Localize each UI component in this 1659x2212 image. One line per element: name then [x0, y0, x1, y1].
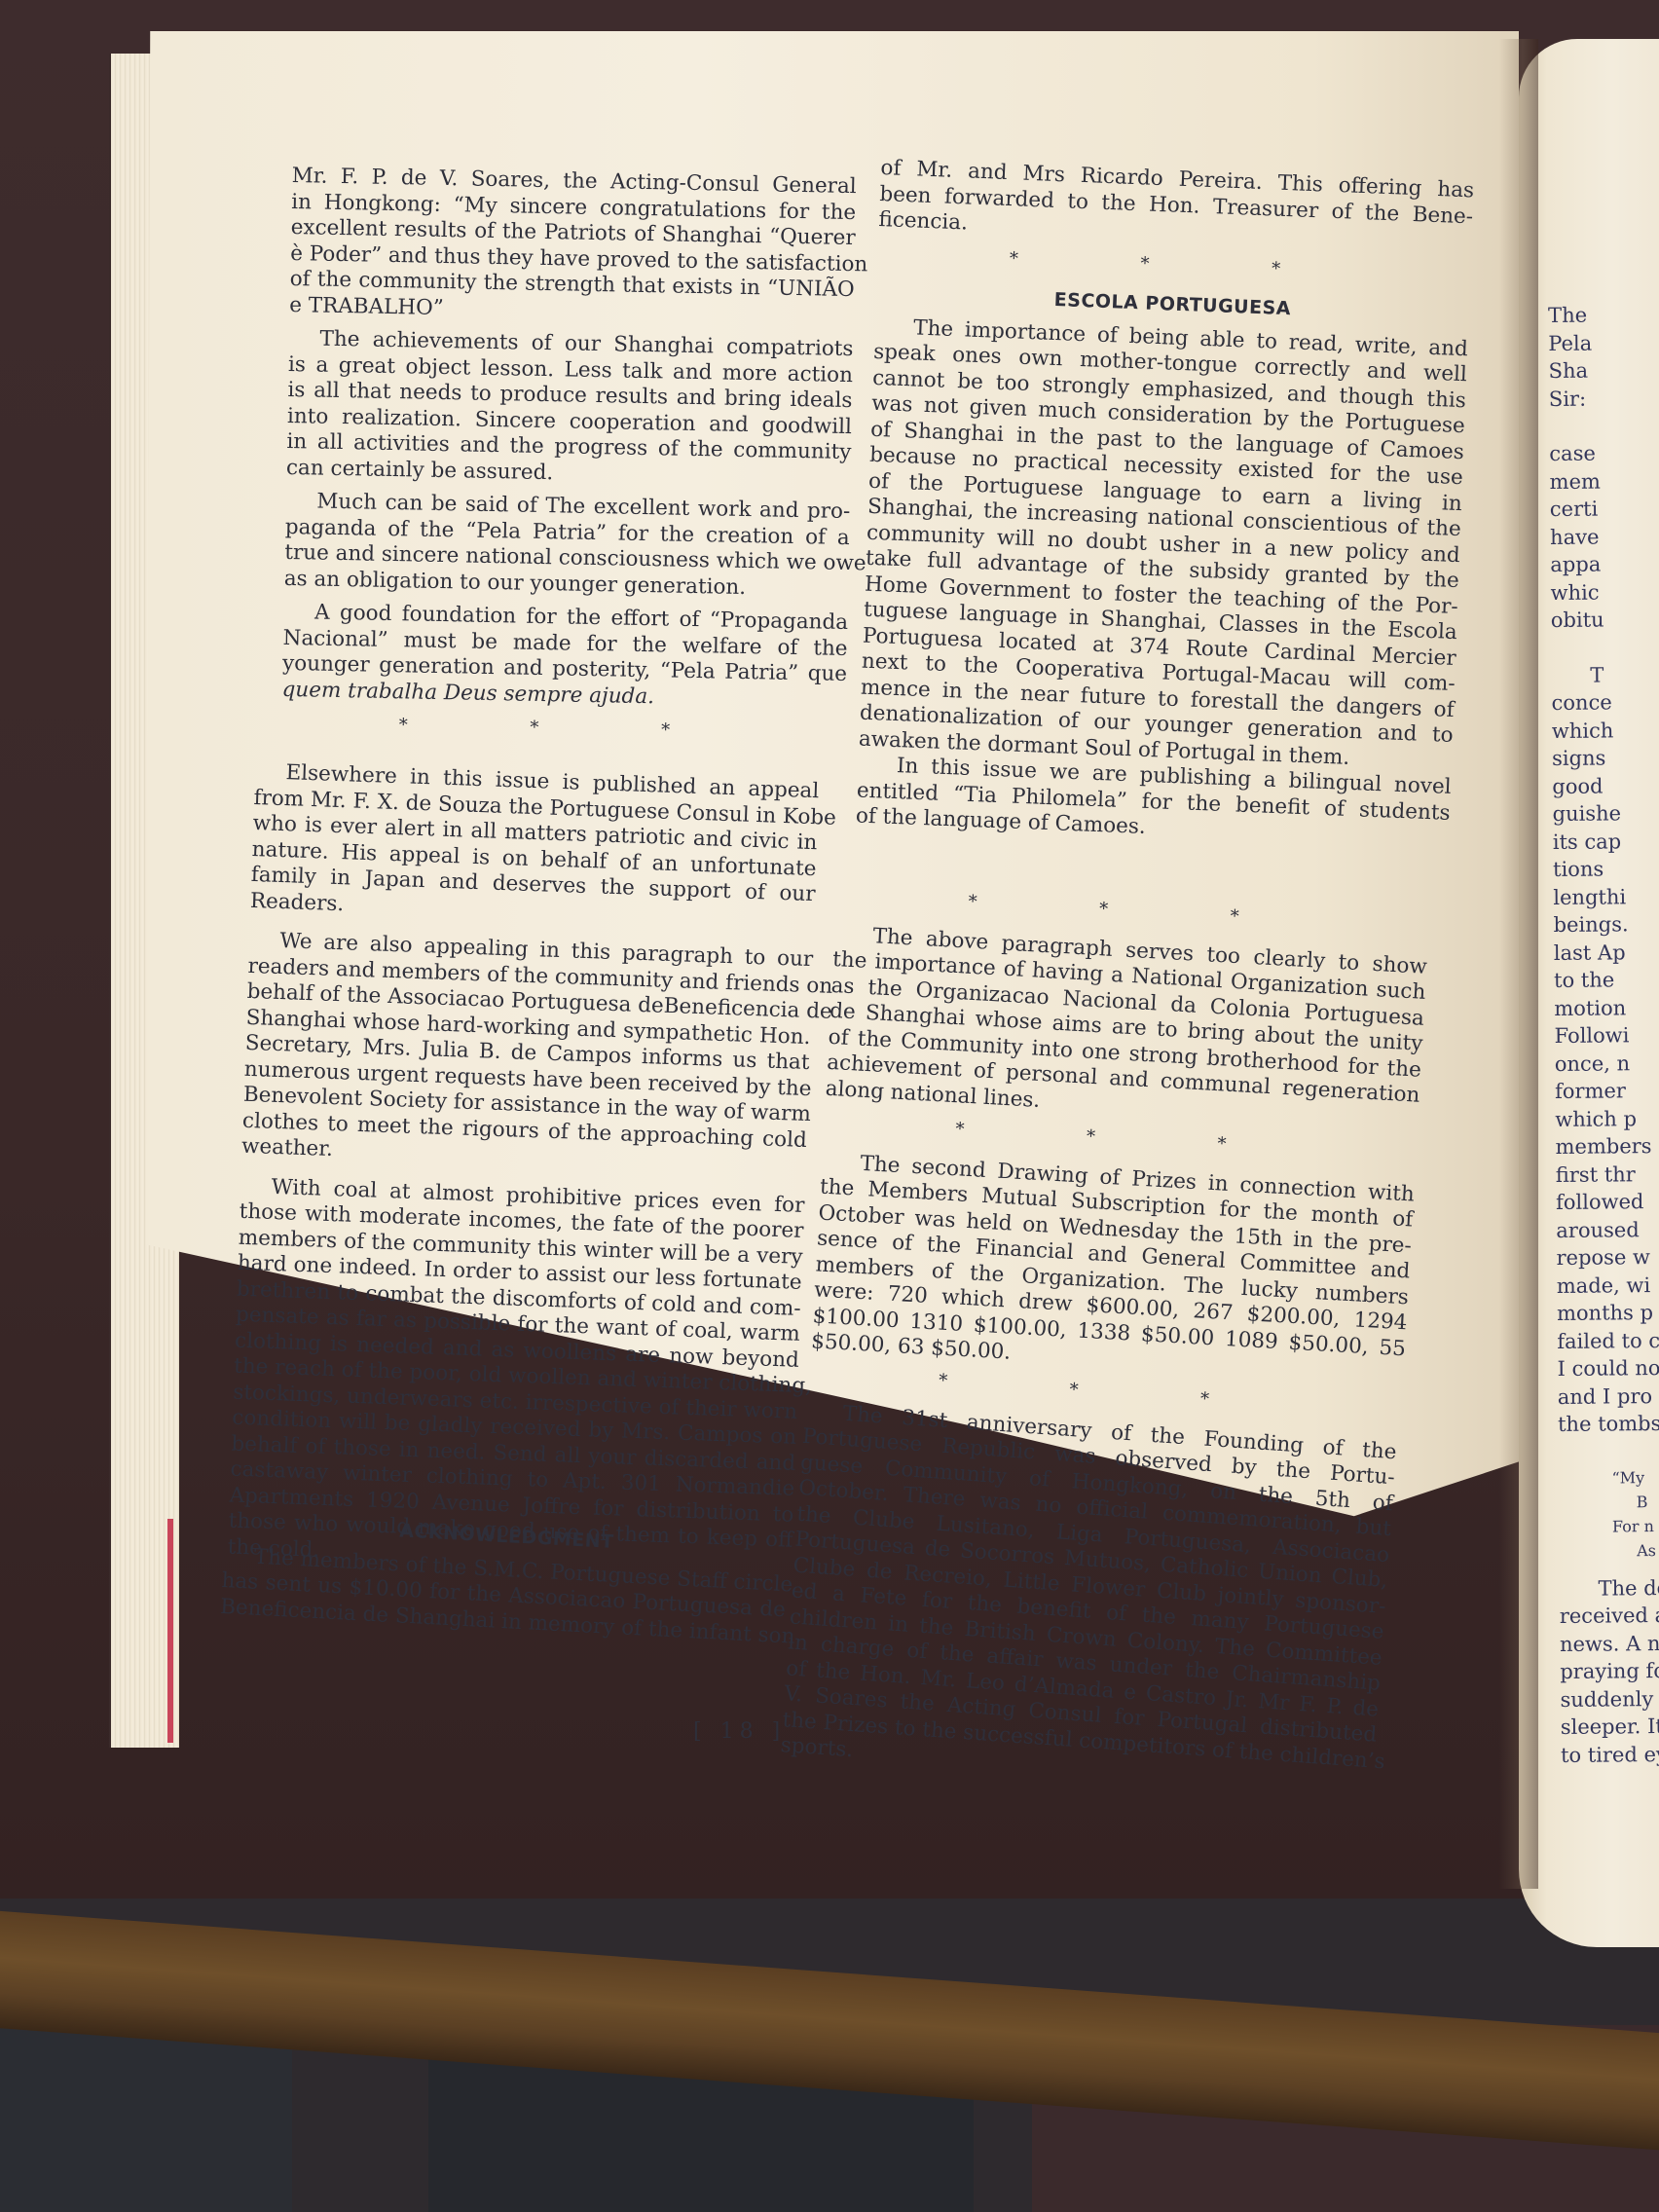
text-line: once, n	[1555, 1049, 1659, 1078]
text-line: repose w	[1556, 1243, 1659, 1272]
text-line: T	[1551, 660, 1659, 689]
left-column-upper: Mr. F. P. de V. Soares, the Acting-Consu…	[280, 164, 856, 761]
text-line: last Ap	[1554, 938, 1659, 967]
text-line: Followi	[1554, 1021, 1659, 1051]
text-line: its cap	[1553, 827, 1659, 856]
poem-line: As	[1559, 1537, 1659, 1563]
text-line: tions	[1553, 855, 1659, 884]
poem-line: “My	[1558, 1464, 1659, 1490]
text-line: the tombst	[1558, 1410, 1659, 1439]
text-line: and I pro	[1558, 1382, 1659, 1411]
text-line: conce	[1551, 688, 1659, 718]
book-edge-marker	[167, 1519, 173, 1743]
right-column-upper: of Mr. and Mrs Ricardo Pereira. This off…	[855, 156, 1474, 860]
book-gutter	[1499, 39, 1538, 1889]
text-line: guishe	[1552, 799, 1659, 829]
appeal-paragraph: Elsewhere in this issue is published an …	[249, 759, 819, 934]
text-line: to tired eyes.	[1561, 1740, 1659, 1769]
propaganda-paragraph: Much can be said of The excellent work a…	[284, 489, 851, 603]
text-line: signs	[1552, 744, 1659, 773]
text-line: members	[1555, 1132, 1659, 1161]
text-line: lengthi	[1553, 882, 1659, 911]
text-line: mem	[1549, 466, 1659, 496]
anniversary-paragraph: The 31st anniversary of the Founding of …	[780, 1398, 1397, 1800]
prizes-paragraph: The second Drawing of Prizes in connecti…	[811, 1149, 1416, 1388]
text-line: followed	[1556, 1188, 1659, 1217]
text-line: motion	[1554, 993, 1659, 1022]
text-line: first thr	[1556, 1160, 1659, 1189]
text-line: aroused	[1556, 1215, 1659, 1244]
text-line: which p	[1555, 1104, 1659, 1133]
text-line: sleeper. It w	[1561, 1713, 1659, 1742]
poem-line: B	[1559, 1489, 1659, 1514]
text-line: Sir:	[1549, 384, 1659, 413]
text-line: suddenly sta	[1560, 1684, 1659, 1714]
text-line: case	[1549, 439, 1659, 468]
text-line: failed to c	[1557, 1326, 1659, 1355]
text-line: I could no	[1557, 1354, 1659, 1383]
text-line: beings.	[1553, 910, 1659, 940]
right-column-bottom: * * * The 31st anniversary of the Foundi…	[779, 1353, 1400, 1808]
escola-paragraph: The importance of being able to read, wr…	[858, 313, 1468, 775]
text-line: received a n	[1560, 1602, 1659, 1631]
text-line: have	[1550, 522, 1659, 551]
section-separator: * * *	[281, 711, 846, 748]
text-line: certi	[1550, 495, 1659, 524]
page-number: [ 18 ]	[693, 1719, 786, 1744]
consul-quote-paragraph: Mr. F. P. de V. Soares, the Acting-Consu…	[289, 164, 857, 329]
text-line: former	[1555, 1077, 1659, 1106]
text-line: appa	[1550, 550, 1659, 579]
text-line: which	[1552, 716, 1659, 745]
text-line: praying for	[1560, 1657, 1659, 1686]
text-line: made, wi	[1557, 1271, 1659, 1300]
achievements-paragraph: The achievements of our Shanghai compatr…	[286, 326, 854, 492]
poem-line: For n	[1559, 1513, 1659, 1538]
text-line: months p	[1557, 1299, 1659, 1328]
foundation-paragraph: A good foundation for the effort of “Pro…	[281, 600, 848, 714]
left-column-middle: Elsewhere in this issue is published an …	[227, 759, 820, 1588]
text-line: The	[1548, 301, 1659, 330]
text-line: obitu	[1551, 606, 1659, 635]
text-line: Pela	[1548, 328, 1659, 357]
benevolent-paragraph: We are also appealing in this paragraph …	[241, 928, 814, 1180]
text-line: good	[1552, 771, 1659, 800]
next-page-fragment: The Pela Sha Sir: case mem certi have ap…	[1548, 301, 1659, 1769]
text-line: Sha	[1548, 356, 1659, 386]
text-line: whic	[1550, 577, 1659, 607]
right-column-middle: * * * The above paragraph serves too cle…	[810, 876, 1430, 1396]
organization-paragraph: The above paragraph serves too clearly t…	[825, 921, 1427, 1134]
text-line: to the	[1554, 966, 1659, 995]
text-line: The dou	[1559, 1573, 1659, 1603]
text-line: news. A ni	[1560, 1629, 1659, 1658]
